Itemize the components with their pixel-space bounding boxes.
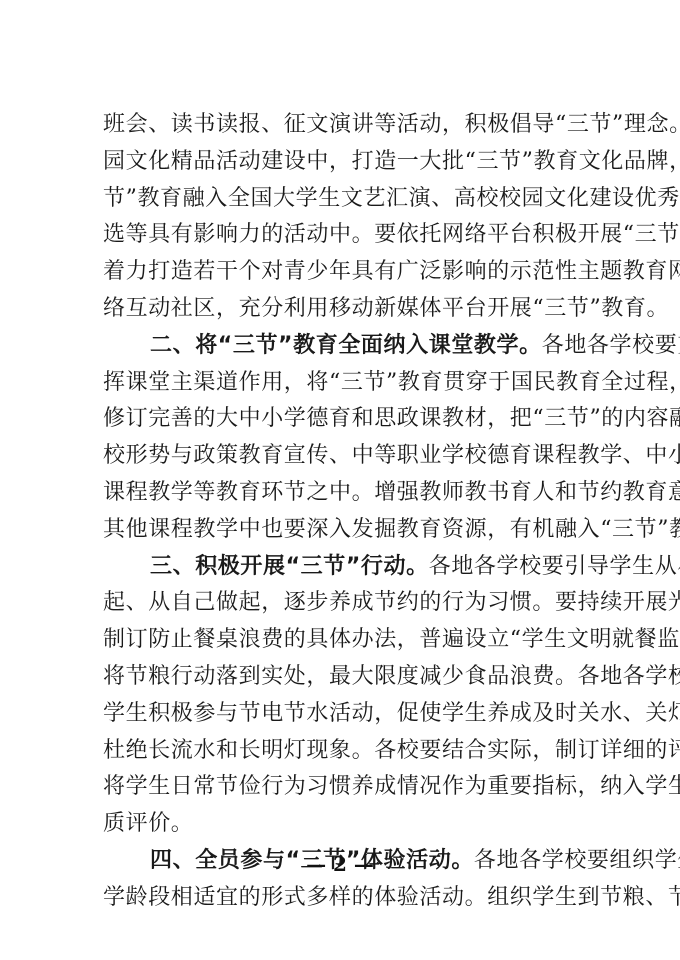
text-line: 着力打造若干个对青少年具有广泛影响的示范性主题教育网站和网	[103, 254, 599, 291]
section-2-line: 二、将“三节”教育全面纳入课堂教学。各地各学校要充分发	[103, 328, 599, 365]
text-line: 校形势与政策教育宣传、中等职业学校德育课程教学、中小学德育	[103, 438, 599, 475]
text-line: 学生积极参与节电节水活动，促使学生养成及时关水、关灯习惯，	[103, 696, 599, 733]
section-heading-2: 二、将“三节”教育全面纳入课堂教学。	[150, 333, 542, 358]
text-line: 制订防止餐桌浪费的具体办法，普遍设立“学生文明就餐监督员”，	[103, 622, 599, 659]
section-3-line: 三、积极开展“三节”行动。各地各学校要引导学生从小事做	[103, 549, 599, 586]
page-number: — 2 —	[0, 852, 680, 876]
text-line: 学龄段相适宜的形式多样的体验活动。组织学生到节粮、节水、节	[103, 880, 599, 917]
section-heading-3: 三、积极开展“三节”行动。	[150, 554, 429, 579]
text-run: 各地各学校要引导学生从小事做	[429, 554, 680, 579]
text-line: 将学生日常节俭行为习惯养成情况作为重要指标，纳入学生综合素	[103, 769, 599, 806]
text-line: 节”教育融入全国大学生文艺汇演、高校校园文化建设优秀成果评	[103, 181, 599, 218]
text-line: 挥课堂主渠道作用，将“三节”教育贯穿于国民教育全过程，用好	[103, 365, 599, 402]
text-line: 选等具有影响力的活动中。要依托网络平台积极开展“三节”教育，	[103, 217, 599, 254]
text-run: 各地各学校要充分发	[542, 333, 680, 358]
text-line: 修订完善的大中小学德育和思政课教材，把“三节”的内容融入高	[103, 401, 599, 438]
text-line: 将节粮行动落到实处，最大限度减少食品浪费。各地各学校要动员	[103, 659, 599, 696]
text-line: 课程教学等教育环节之中。增强教师教书育人和节约教育意识，在	[103, 475, 599, 512]
text-line: 其他课程教学中也要深入发掘教育资源，有机融入“三节”教育。	[103, 512, 599, 549]
text-line: 起、从自己做起，逐步养成节约的行为习惯。要持续开展光盘行动，	[103, 585, 599, 622]
text-line: 杜绝长流水和长明灯现象。各校要结合实际，制订详细的评价办法，	[103, 733, 599, 770]
text-line: 络互动社区，充分利用移动新媒体平台开展“三节”教育。	[103, 291, 599, 328]
text-line: 质评价。	[103, 806, 599, 843]
document-body: 班会、读书读报、征文演讲等活动，积极倡导“三节”理念。在校 园文化精品活动建设中…	[103, 107, 599, 917]
text-line: 园文化精品活动建设中，打造一大批“三节”教育文化品牌，将“三	[103, 144, 599, 181]
text-line: 班会、读书读报、征文演讲等活动，积极倡导“三节”理念。在校	[103, 107, 599, 144]
